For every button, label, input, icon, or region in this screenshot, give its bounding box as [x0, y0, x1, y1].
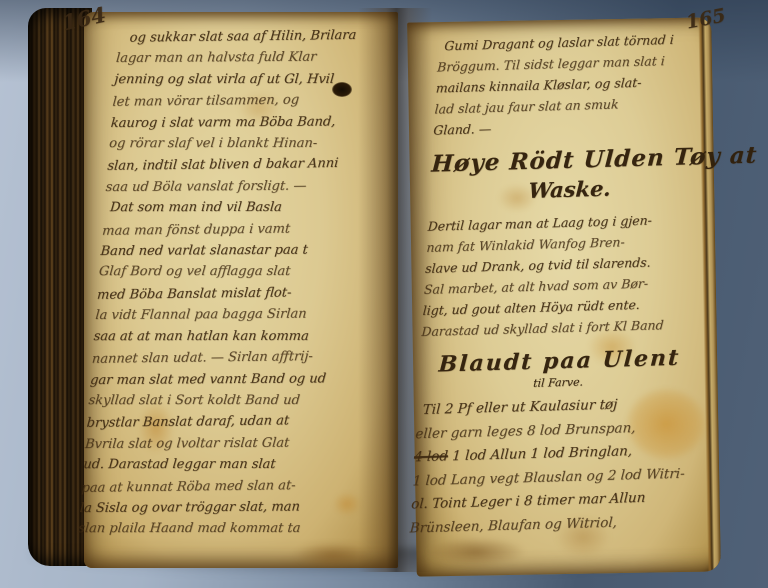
manuscript-line: saa at at man hatlan kan komma — [93, 326, 389, 348]
right-paragraph-3: Til 2 Pf eller ut Kaulasiur tøj eller ga… — [409, 391, 697, 540]
manuscript-line: brystlar Banslat daraf, udan at — [86, 410, 382, 435]
manuscript-line: jenning og slat virla af ut Gl, Hvil — [113, 69, 409, 91]
manuscript-line: la Sisla og ovar tröggar slat, man — [79, 496, 375, 519]
manuscript-line: Band ned varlat slanastar paa t — [100, 239, 396, 262]
manuscript-line: slan plaila Haand mad kommat ta — [77, 518, 373, 540]
manuscript-line: ud. Darastad leggar man slat — [82, 454, 378, 476]
manuscript-line-text: 1 lod Allun 1 lod Bringlan, — [452, 443, 633, 464]
manuscript-line: la vidt Flannal paa bagga Sirlan — [94, 303, 390, 326]
manuscript-line: skyllad slat i Sort koldt Band ud — [88, 390, 384, 412]
manuscript-line: Glaf Bord og vel afflagga slat — [98, 261, 394, 283]
struck-text: 4 lod — [414, 448, 449, 465]
manuscript-line: og rörar slaf vel i blankt Hinan- — [108, 133, 404, 155]
manuscript-line: lagar man an halvsta fuld Klar — [115, 46, 411, 69]
manuscript-line: med Böba Banslat mislat flot- — [96, 281, 392, 306]
manuscript-line: og sukkar slat saa af Hilin, Brilara — [117, 24, 413, 49]
page-number-right: 165 — [684, 4, 727, 33]
manuscript-line: maa man fönst duppa i vamt — [101, 217, 397, 242]
manuscript-photo: 164 165 og sukkar slat saa af Hilin, Bri… — [0, 0, 768, 588]
manuscript-line: kaurog i slat varm ma Böba Band, — [110, 111, 406, 134]
manuscript-line: let man vörar tilsammen, og — [112, 88, 408, 113]
left-page-text: og sukkar slat saa af Hilin, Brilara lag… — [77, 25, 413, 541]
right-page-text: Gumi Dragant og laslar slat törnad i Brö… — [409, 28, 719, 541]
manuscript-line: slan, indtil slat bliven d bakar Anni — [107, 153, 403, 178]
manuscript-line: paa at kunnat Röba med slan at- — [81, 474, 377, 499]
manuscript-line: nannet slan udat. — Sirlan afftrij- — [91, 345, 387, 370]
right-paragraph-2: Dertil lagar man at Laag tog i gjen- nam… — [421, 208, 708, 342]
manuscript-line: gar man slat med vannt Band og ud — [89, 367, 385, 390]
manuscript-line: Bvrila slat og lvoltar rislat Glat — [84, 432, 380, 455]
manuscript-line: Dat som man ind vil Basla — [103, 197, 399, 219]
manuscript-line: saa ud Böla vanslat forsligt. — — [105, 175, 401, 198]
